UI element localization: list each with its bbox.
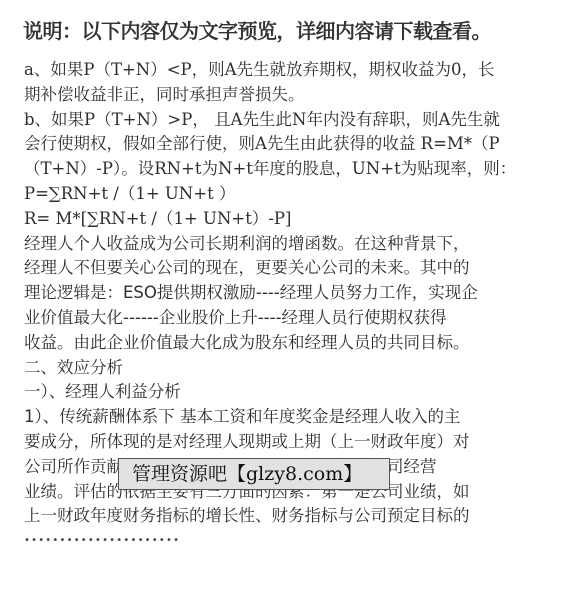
text-line: （T+N）-P）。设RN+t为N+t年度的股息，UN+t为贴现率，则： — [24, 157, 554, 182]
text-line: 1）、传统薪酬体系下 基本工资和年度奖金是经理人收入的主 — [24, 405, 554, 430]
formula-line: R= M*[∑RN+t /（1+ UN+t）-P] — [24, 207, 554, 232]
section-heading: 二、效应分析 — [24, 356, 554, 381]
text-line: 要成分，所体现的是对经理人现期或上期（上一财政年度）对 — [24, 430, 554, 455]
formula-line: P=∑RN+t /（1+ UN+t ） — [24, 182, 554, 207]
text-line: 理论逻辑是：ESO提供期权激励----经理人员努力工作，实现企 — [24, 281, 554, 306]
text-line: b、如果P（T+N）>P， 且A先生此N年内没有辞职，则A先生就 — [24, 108, 554, 133]
text-line: 会行使期权，假如全部行使，则A先生由此获得的收益 R=M*（P — [24, 132, 554, 157]
watermark-banner: 管理资源吧【glzy8.com】 — [118, 458, 390, 490]
text-line: 期补偿收益非正，同时承担声誉损失。 — [24, 83, 554, 108]
page-title: 说明：以下内容仅为文字预览，详细内容请下载查看。 — [23, 17, 491, 45]
text-line: 业价值最大化------企业股价上升----经理人员行使期权获得 — [24, 306, 554, 331]
text-line: 上一财政年度财务指标的增长性、财务指标与公司预定目标的 — [24, 504, 554, 529]
text-line: a、如果P（T+N）<P，则A先生就放弃期权，期权收益为0，长 — [24, 58, 554, 83]
subsection-heading: 一）、经理人利益分析 — [24, 380, 554, 405]
text-line: 经理人不但要关心公司的现在，更要关心公司的未来。其中的 — [24, 256, 554, 281]
truncation-ellipsis: •••••••••••••••••••••• — [24, 529, 554, 554]
text-line: 经理人个人收益成为公司长期利润的增函数。在这种背景下， — [24, 232, 554, 257]
text-line: 收益。由此企业价值最大化成为股东和经理人员的共同目标。 — [24, 331, 554, 356]
